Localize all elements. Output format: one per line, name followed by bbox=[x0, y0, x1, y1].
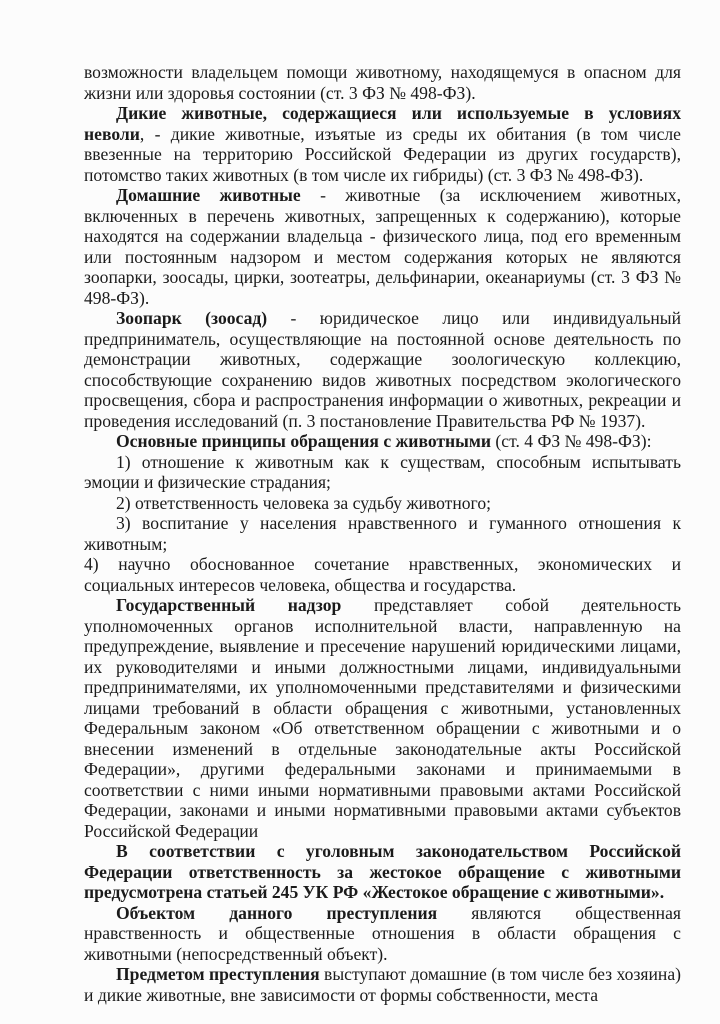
document-page: возможности владельцем помощи животному,… bbox=[0, 0, 720, 1024]
defined-term: Государственный надзор bbox=[116, 595, 341, 615]
defined-term: Основные принципы обращения с животными bbox=[116, 431, 491, 451]
defined-term: Предметом преступления bbox=[116, 964, 320, 984]
list-item-principle-4: 4) научно обоснованное сочетание нравств… bbox=[84, 554, 681, 595]
paragraph-text: 4) научно обоснованное сочетание нравств… bbox=[84, 554, 681, 595]
paragraph-continuation: возможности владельцем помощи животному,… bbox=[84, 62, 681, 103]
paragraph-wild-animals-definition: Дикие животные, содержащиеся или использ… bbox=[84, 103, 681, 185]
paragraph-text: 1) отношение к животным как к существам,… bbox=[84, 452, 681, 493]
paragraph-criminal-liability: В соответствии с уголовным законодательс… bbox=[84, 841, 681, 903]
defined-term: Домашние животные bbox=[116, 185, 301, 205]
paragraph-domestic-animals-definition: Домашние животные - животные (за исключе… bbox=[84, 185, 681, 308]
paragraph-text: (ст. 4 ФЗ № 498-ФЗ): bbox=[491, 431, 651, 451]
paragraph-principles-heading: Основные принципы обращения с животными … bbox=[84, 431, 681, 452]
defined-term: Зоопарк (зоосад) bbox=[116, 308, 267, 328]
paragraph-state-supervision: Государственный надзор представляет собо… bbox=[84, 595, 681, 841]
paragraph-zoo-definition: Зоопарк (зоосад) - юридическое лицо или … bbox=[84, 308, 681, 431]
paragraph-text: возможности владельцем помощи животному,… bbox=[84, 62, 681, 103]
paragraph-text: , - дикие животные, изъятые из среды их … bbox=[84, 124, 681, 185]
emphasized-statement: В соответствии с уголовным законодательс… bbox=[84, 841, 681, 902]
paragraph-text: представляет собой деятельность уполномо… bbox=[84, 595, 681, 841]
list-item-principle-2: 2) ответственность человека за судьбу жи… bbox=[84, 493, 681, 514]
paragraph-text: 3) воспитание у населения нравственного … bbox=[84, 513, 681, 554]
document-body: возможности владельцем помощи животному,… bbox=[84, 62, 681, 1005]
list-item-principle-3: 3) воспитание у населения нравственного … bbox=[84, 513, 681, 554]
paragraph-text: 2) ответственность человека за судьбу жи… bbox=[116, 493, 491, 513]
paragraph-object-of-crime: Объектом данного преступления являются о… bbox=[84, 903, 681, 965]
list-item-principle-1: 1) отношение к животным как к существам,… bbox=[84, 452, 681, 493]
defined-term: Объектом данного преступления bbox=[116, 903, 437, 923]
paragraph-subject-of-crime: Предметом преступления выступают домашни… bbox=[84, 964, 681, 1005]
